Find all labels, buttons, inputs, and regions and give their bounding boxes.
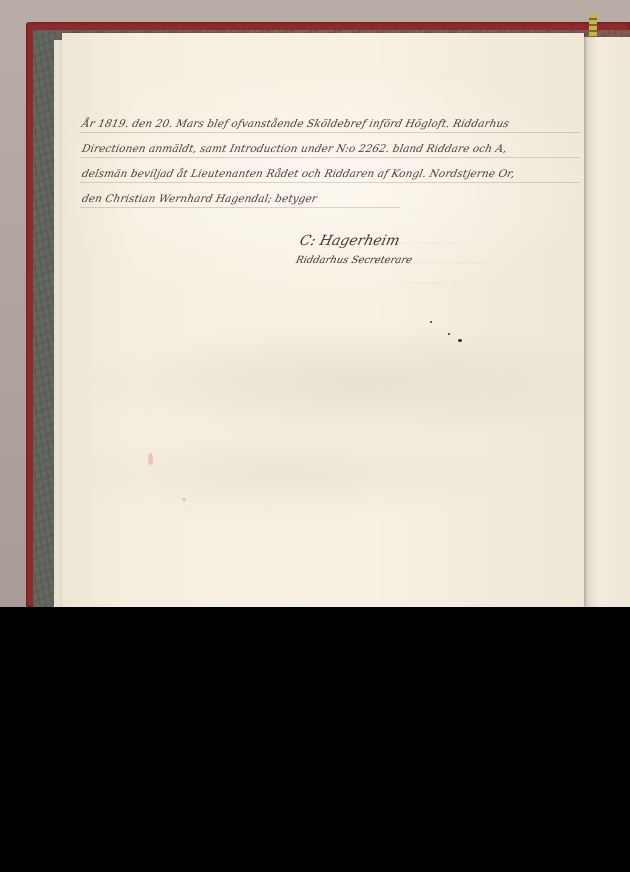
signature-name: C: Hagerheim xyxy=(298,233,401,249)
ink-speck xyxy=(458,339,462,342)
handwritten-line-4: den Christian Wernhard Hagendal; betyger xyxy=(81,193,319,205)
ruled-line xyxy=(80,207,400,208)
bleed-through-line: …………… xyxy=(402,273,467,288)
ruled-line xyxy=(80,132,580,133)
handwritten-line-3: delsmän beviljad åt Lieutenanten Rådet o… xyxy=(81,168,516,180)
letterbox-padding xyxy=(0,607,630,872)
ink-speck xyxy=(448,333,450,335)
ink-stain xyxy=(148,453,153,465)
facing-page-edge xyxy=(584,37,630,607)
ink-speck xyxy=(430,321,432,323)
handwritten-line-2: Directionen anmäldt, samt Introduction u… xyxy=(81,143,508,155)
ruled-line xyxy=(80,182,580,183)
signature-title: Riddarhus Secreterare xyxy=(295,255,414,266)
ruled-line xyxy=(80,157,580,158)
ink-stain xyxy=(182,498,186,501)
handwritten-line-1: År 1819. den 20. Mars blef ofvanstående … xyxy=(81,118,510,130)
scanned-book-image: …………………… …………………… …………… År 1819. den 20.… xyxy=(0,0,630,607)
